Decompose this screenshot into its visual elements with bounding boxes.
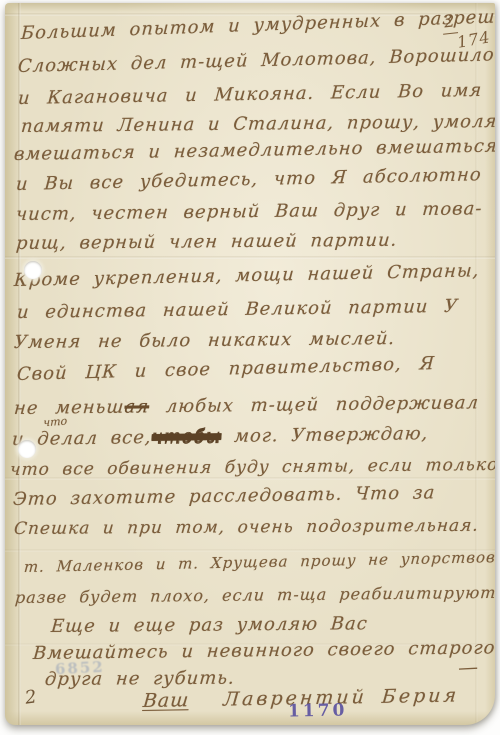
inserted-word: что (43, 414, 67, 429)
handwritten-line: Сложных дел т-щей Молотова, Ворошилова, (17, 44, 495, 77)
handwritten-line: памяти Ленина и Сталина, прошу, умоляю (20, 111, 495, 137)
handwritten-line: рищ, верный член нашей партии. (15, 230, 398, 254)
handwritten-line: Кроме укрепления, мощи нашей Страны, (13, 260, 480, 291)
paper-crease (5, 256, 495, 259)
line-text: не меньш (13, 397, 125, 419)
handwritten-line: друга не губить. (44, 668, 236, 690)
handwritten-line: и Кагановича и Микояна. Если Во имя (17, 80, 483, 109)
handwritten-line: Это захотите расследовать. Что за (12, 482, 436, 510)
handwritten-line: разве будет плохо, если т-ща реабилитиру… (14, 583, 495, 607)
letter-page: 2 174 Большим опытом и умудренных в разр… (5, 3, 495, 725)
archive-stamp: 1170 (288, 700, 348, 721)
handwritten-line: и Вы все убедитесь, что Я абсолютно (15, 164, 482, 195)
handwritten-line: Спешка и при том, очень подозрительная. (13, 516, 479, 539)
handwritten-line: Еще и еще раз умоляю Вас (50, 613, 369, 637)
punch-hole (18, 440, 36, 458)
handwritten-dash: — (457, 654, 478, 679)
line-text: любых т-щей поддерживал (148, 392, 479, 417)
line-text: мог. Утверждаю, (221, 423, 429, 447)
handwritten-line: вмешаться и незамедлительно вмешаться Я (13, 135, 495, 165)
handwritten-line: Свой ЦК и свое правительство, Я (16, 353, 435, 385)
handwritten-line: Уменя не было никаких мыслей. (13, 328, 396, 353)
punch-hole (24, 261, 42, 279)
page-number-bottom: 2 (24, 686, 38, 708)
struck-out-text: ая (124, 396, 150, 417)
handwritten-line-with-correction: не меньшая любых т-щей поддерживал (13, 392, 480, 419)
handwritten-line: Вмешайтесь и невинного своего старого (32, 637, 495, 664)
handwritten-line: чист, честен верный Ваш друг и това- (15, 198, 483, 225)
handwritten-line-with-correction: чтои делал все,чтобы мог. Утверждаю, (11, 423, 429, 450)
scribbled-out-text: чтобы (151, 426, 222, 448)
handwritten-line: Большим опытом и умудренных в разрешении (20, 5, 495, 44)
handwritten-line: и единства нашей Великой партии У (16, 296, 459, 323)
signature-salutation: Ваш (142, 689, 190, 712)
